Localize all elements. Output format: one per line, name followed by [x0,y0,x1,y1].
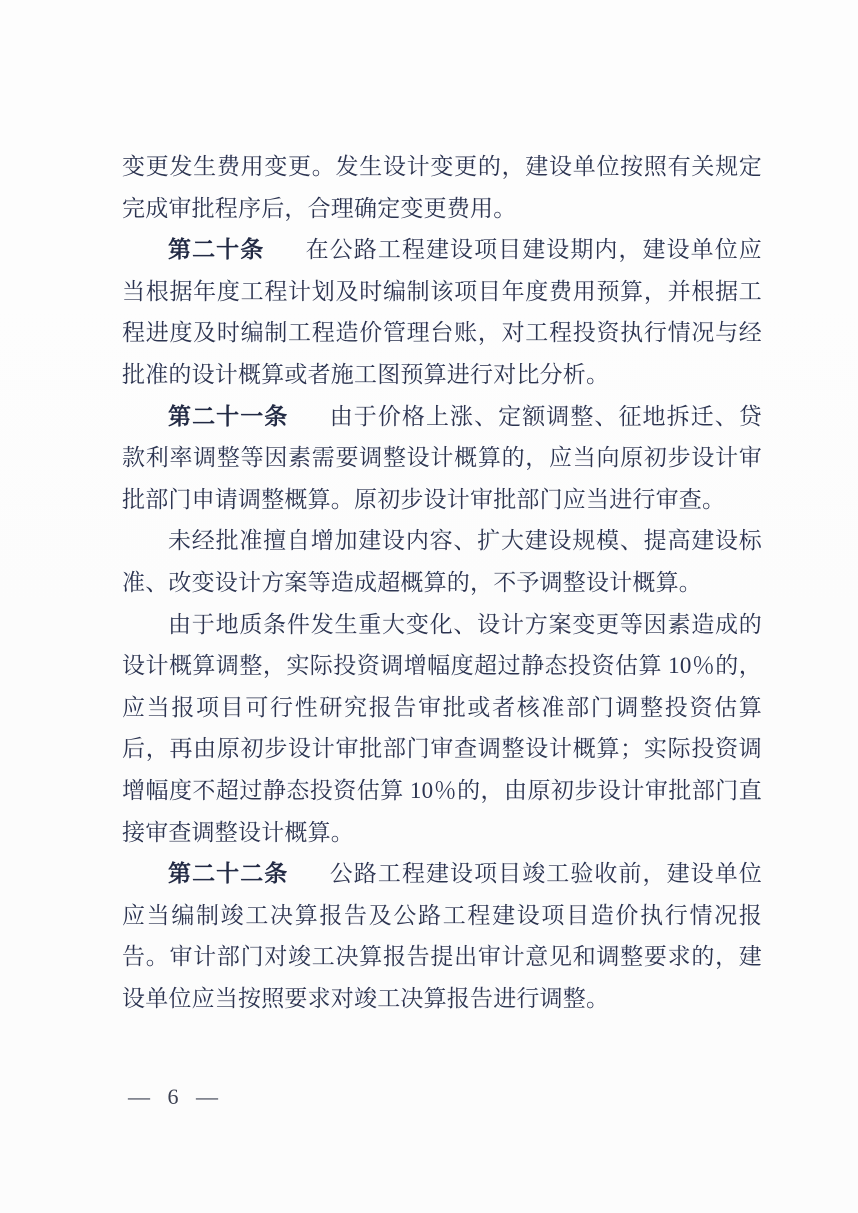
article-number: 第二十条 [168,237,264,262]
paragraph: 变更发生费用变更。发生设计变更的，建设单位按照有关规定完成审批程序后，合理确定变… [122,146,762,229]
paragraph: 第二十条在公路工程建设项目建设期内，建设单位应当根据年度工程计划及时编制该项目年… [122,229,762,395]
article-number: 第二十二条 [168,861,288,886]
paragraph: 第二十一条由于价格上涨、定额调整、征地拆迁、贷款利率调整等因素需要调整设计概算的… [122,396,762,521]
paragraph: 由于地质条件发生重大变化、设计方案变更等因素造成的设计概算调整，实际投资调增幅度… [122,604,762,854]
document-body: 变更发生费用变更。发生设计变更的，建设单位按照有关规定完成审批程序后，合理确定变… [122,146,762,1019]
article-number: 第二十一条 [168,404,288,429]
paragraph: 未经批准擅自增加建设内容、扩大建设规模、提高建设标准、改变设计方案等造成超概算的… [122,520,762,603]
paragraph-text: 变更发生费用变更。发生设计变更的，建设单位按照有关规定完成审批程序后，合理确定变… [122,154,762,221]
document-page: 变更发生费用变更。发生设计变更的，建设单位按照有关规定完成审批程序后，合理确定变… [0,0,858,1213]
paragraph-text: 由于地质条件发生重大变化、设计方案变更等因素造成的设计概算调整，实际投资调增幅度… [122,612,762,845]
page-number: — 6 — [128,1084,224,1110]
paragraph-text: 未经批准擅自增加建设内容、扩大建设规模、提高建设标准、改变设计方案等造成超概算的… [122,528,762,595]
paragraph: 第二十二条公路工程建设项目竣工验收前，建设单位应当编制竣工决算报告及公路工程建设… [122,853,762,1019]
